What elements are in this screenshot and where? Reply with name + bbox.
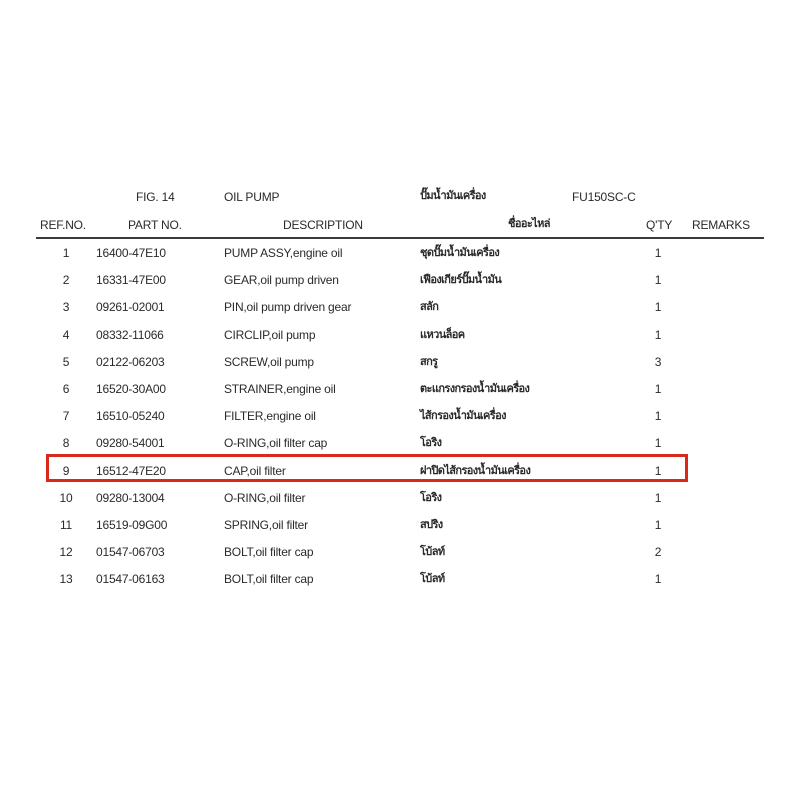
- ref-number: 7: [56, 409, 76, 423]
- quantity: 1: [652, 382, 664, 396]
- part-number: 16331-47E00: [96, 273, 166, 287]
- part-description: O-RING,oil filter cap: [224, 436, 327, 450]
- part-description: SPRING,oil filter: [224, 518, 308, 532]
- part-number: 01547-06703: [96, 545, 165, 559]
- ref-number: 13: [56, 572, 76, 586]
- part-number: 16519-09G00: [96, 518, 167, 532]
- highlighted-row-box: [46, 454, 688, 482]
- quantity: 3: [652, 355, 664, 369]
- quantity: 2: [652, 545, 664, 559]
- model-code: FU150SC-C: [572, 190, 636, 204]
- part-name-thai: เฟืองเกียร์ปั๊มน้ำมัน: [420, 273, 501, 287]
- part-description: BOLT,oil filter cap: [224, 572, 313, 586]
- quantity: 1: [652, 273, 664, 287]
- header-description: DESCRIPTION: [283, 218, 363, 232]
- ref-number: 4: [56, 328, 76, 342]
- part-description: PIN,oil pump driven gear: [224, 300, 351, 314]
- table-row[interactable]: 5 02122-06203 SCREW,oil pump สกรู 3: [0, 352, 800, 372]
- quantity: 1: [652, 328, 664, 342]
- part-number: 01547-06163: [96, 572, 165, 586]
- table-row[interactable]: 7 16510-05240 FILTER,engine oil ไส้กรองน…: [0, 406, 800, 426]
- ref-number: 6: [56, 382, 76, 396]
- table-row[interactable]: 4 08332-11066 CIRCLIP,oil pump แหวนล็อค …: [0, 325, 800, 345]
- part-name-thai: ตะแกรงกรองน้ำมันเครื่อง: [420, 382, 529, 396]
- quantity: 1: [652, 436, 664, 450]
- part-description: BOLT,oil filter cap: [224, 545, 313, 559]
- header-qty: Q'TY: [646, 218, 672, 232]
- quantity: 1: [652, 518, 664, 532]
- part-number: 09280-54001: [96, 436, 165, 450]
- ref-number: 8: [56, 436, 76, 450]
- table-row[interactable]: 13 01547-06163 BOLT,oil filter cap โบ้ลท…: [0, 569, 800, 589]
- quantity: 1: [652, 572, 664, 586]
- part-number: 16400-47E10: [96, 246, 166, 260]
- table-row[interactable]: 8 09280-54001 O-RING,oil filter cap โอริ…: [0, 433, 800, 453]
- ref-number: 1: [56, 246, 76, 260]
- part-description: FILTER,engine oil: [224, 409, 316, 423]
- table-row[interactable]: 6 16520-30A00 STRAINER,engine oil ตะแกรง…: [0, 379, 800, 399]
- table-row[interactable]: 10 09280-13004 O-RING,oil filter โอริง 1: [0, 488, 800, 508]
- part-name-thai: แหวนล็อค: [420, 328, 465, 342]
- header-part-no: PART NO.: [128, 218, 182, 232]
- header-remarks: REMARKS: [692, 218, 750, 232]
- part-name-thai: สลัก: [420, 300, 438, 314]
- part-description: CIRCLIP,oil pump: [224, 328, 315, 342]
- quantity: 1: [652, 491, 664, 505]
- part-number: 16510-05240: [96, 409, 165, 423]
- part-name-thai: โบ้ลท์: [420, 545, 444, 559]
- part-name-thai: โอริง: [420, 491, 441, 505]
- ref-number: 11: [56, 518, 76, 532]
- section-title-thai: ปั๊มน้ำมันเครื่อง: [420, 189, 486, 203]
- parts-catalog-page: FIG. 14 OIL PUMP ปั๊มน้ำมันเครื่อง FU150…: [0, 0, 800, 800]
- part-name-thai: โบ้ลท์: [420, 572, 444, 586]
- part-name-thai: สปริง: [420, 518, 443, 532]
- part-description: STRAINER,engine oil: [224, 382, 336, 396]
- ref-number: 5: [56, 355, 76, 369]
- section-title: OIL PUMP: [224, 190, 279, 204]
- part-name-thai: ไส้กรองน้ำมันเครื่อง: [420, 409, 506, 423]
- part-number: 09280-13004: [96, 491, 165, 505]
- quantity: 1: [652, 409, 664, 423]
- ref-number: 3: [56, 300, 76, 314]
- ref-number: 2: [56, 273, 76, 287]
- figure-number: FIG. 14: [136, 190, 175, 204]
- part-number: 09261-02001: [96, 300, 165, 314]
- header-ref-no: REF.NO.: [40, 218, 86, 232]
- ref-number: 10: [56, 491, 76, 505]
- table-row[interactable]: 1 16400-47E10 PUMP ASSY,engine oil ชุดปั…: [0, 243, 800, 263]
- header-thai-name: ชื่ออะไหล่: [508, 217, 550, 231]
- part-name-thai: โอริง: [420, 436, 441, 450]
- part-name-thai: สกรู: [420, 355, 437, 369]
- part-number: 02122-06203: [96, 355, 165, 369]
- part-description: SCREW,oil pump: [224, 355, 314, 369]
- header-divider: [36, 237, 764, 239]
- table-row[interactable]: 11 16519-09G00 SPRING,oil filter สปริง 1: [0, 515, 800, 535]
- table-row[interactable]: 2 16331-47E00 GEAR,oil pump driven เฟือง…: [0, 270, 800, 290]
- part-description: GEAR,oil pump driven: [224, 273, 339, 287]
- part-number: 16520-30A00: [96, 382, 166, 396]
- quantity: 1: [652, 246, 664, 260]
- quantity: 1: [652, 300, 664, 314]
- table-row[interactable]: 12 01547-06703 BOLT,oil filter cap โบ้ลท…: [0, 542, 800, 562]
- ref-number: 12: [56, 545, 76, 559]
- part-description: O-RING,oil filter: [224, 491, 305, 505]
- part-description: PUMP ASSY,engine oil: [224, 246, 342, 260]
- table-row[interactable]: 3 09261-02001 PIN,oil pump driven gear ส…: [0, 297, 800, 317]
- part-number: 08332-11066: [96, 328, 164, 342]
- part-name-thai: ชุดปั๊มน้ำมันเครื่อง: [420, 246, 499, 260]
